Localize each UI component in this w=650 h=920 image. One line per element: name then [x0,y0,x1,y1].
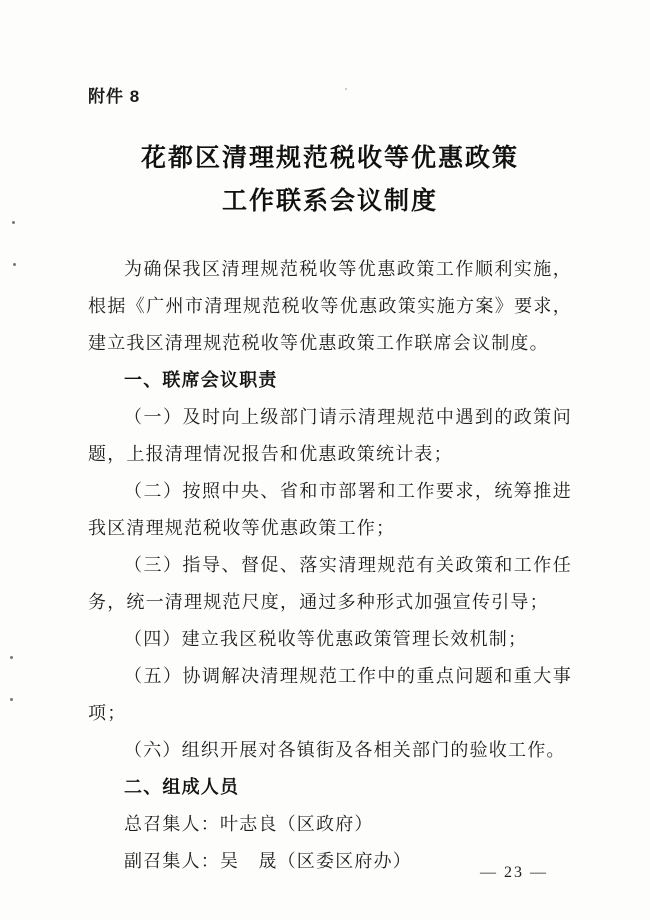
page-number: — 23 — [480,864,548,882]
duty-item-5: （五）协调解决清理规范工作中的重点问题和重大事项； [88,658,572,732]
duty-item-1: （一）及时向上级部门请示清理规范中遇到的政策问题，上报清理情况报告和优惠政策统计… [88,399,572,473]
scan-speck [345,88,347,90]
document-page: 附件 8 花都区清理规范税收等优惠政策 工作联系会议制度 为确保我区清理规范税收… [0,0,650,920]
duty-item-3: （三）指导、督促、落实清理规范有关政策和工作任务，统一清理规范尺度，通过多种形式… [88,547,572,621]
duty-item-2: （二）按照中央、省和市部署和工作要求，统筹推进我区清理规范税收等优惠政策工作； [88,473,572,547]
document-content: 附件 8 花都区清理规范税收等优惠政策 工作联系会议制度 为确保我区清理规范税收… [88,82,572,880]
convener-line: 总召集人：叶志良（区政府） [88,806,572,843]
section-1-heading: 一、联席会议职责 [88,362,572,399]
document-title-line-2: 工作联系会议制度 [88,180,572,223]
document-body: 为确保我区清理规范税收等优惠政策工作顺利实施，根据《广州市清理规范税收等优惠政策… [88,251,572,880]
document-title-line-1: 花都区清理规范税收等优惠政策 [88,137,572,180]
intro-paragraph: 为确保我区清理规范税收等优惠政策工作顺利实施，根据《广州市清理规范税收等优惠政策… [88,251,572,362]
duty-item-6: （六）组织开展对各镇街及各相关部门的验收工作。 [88,732,572,769]
duty-item-4: （四）建立我区税收等优惠政策管理长效机制； [88,621,572,658]
scan-speck [12,221,15,224]
section-2-heading: 二、组成人员 [88,769,572,806]
attachment-label: 附件 8 [88,82,572,107]
scan-speck [13,263,16,266]
scan-speck [10,656,13,659]
scan-speck [10,698,13,701]
document-title: 花都区清理规范税收等优惠政策 工作联系会议制度 [88,137,572,223]
